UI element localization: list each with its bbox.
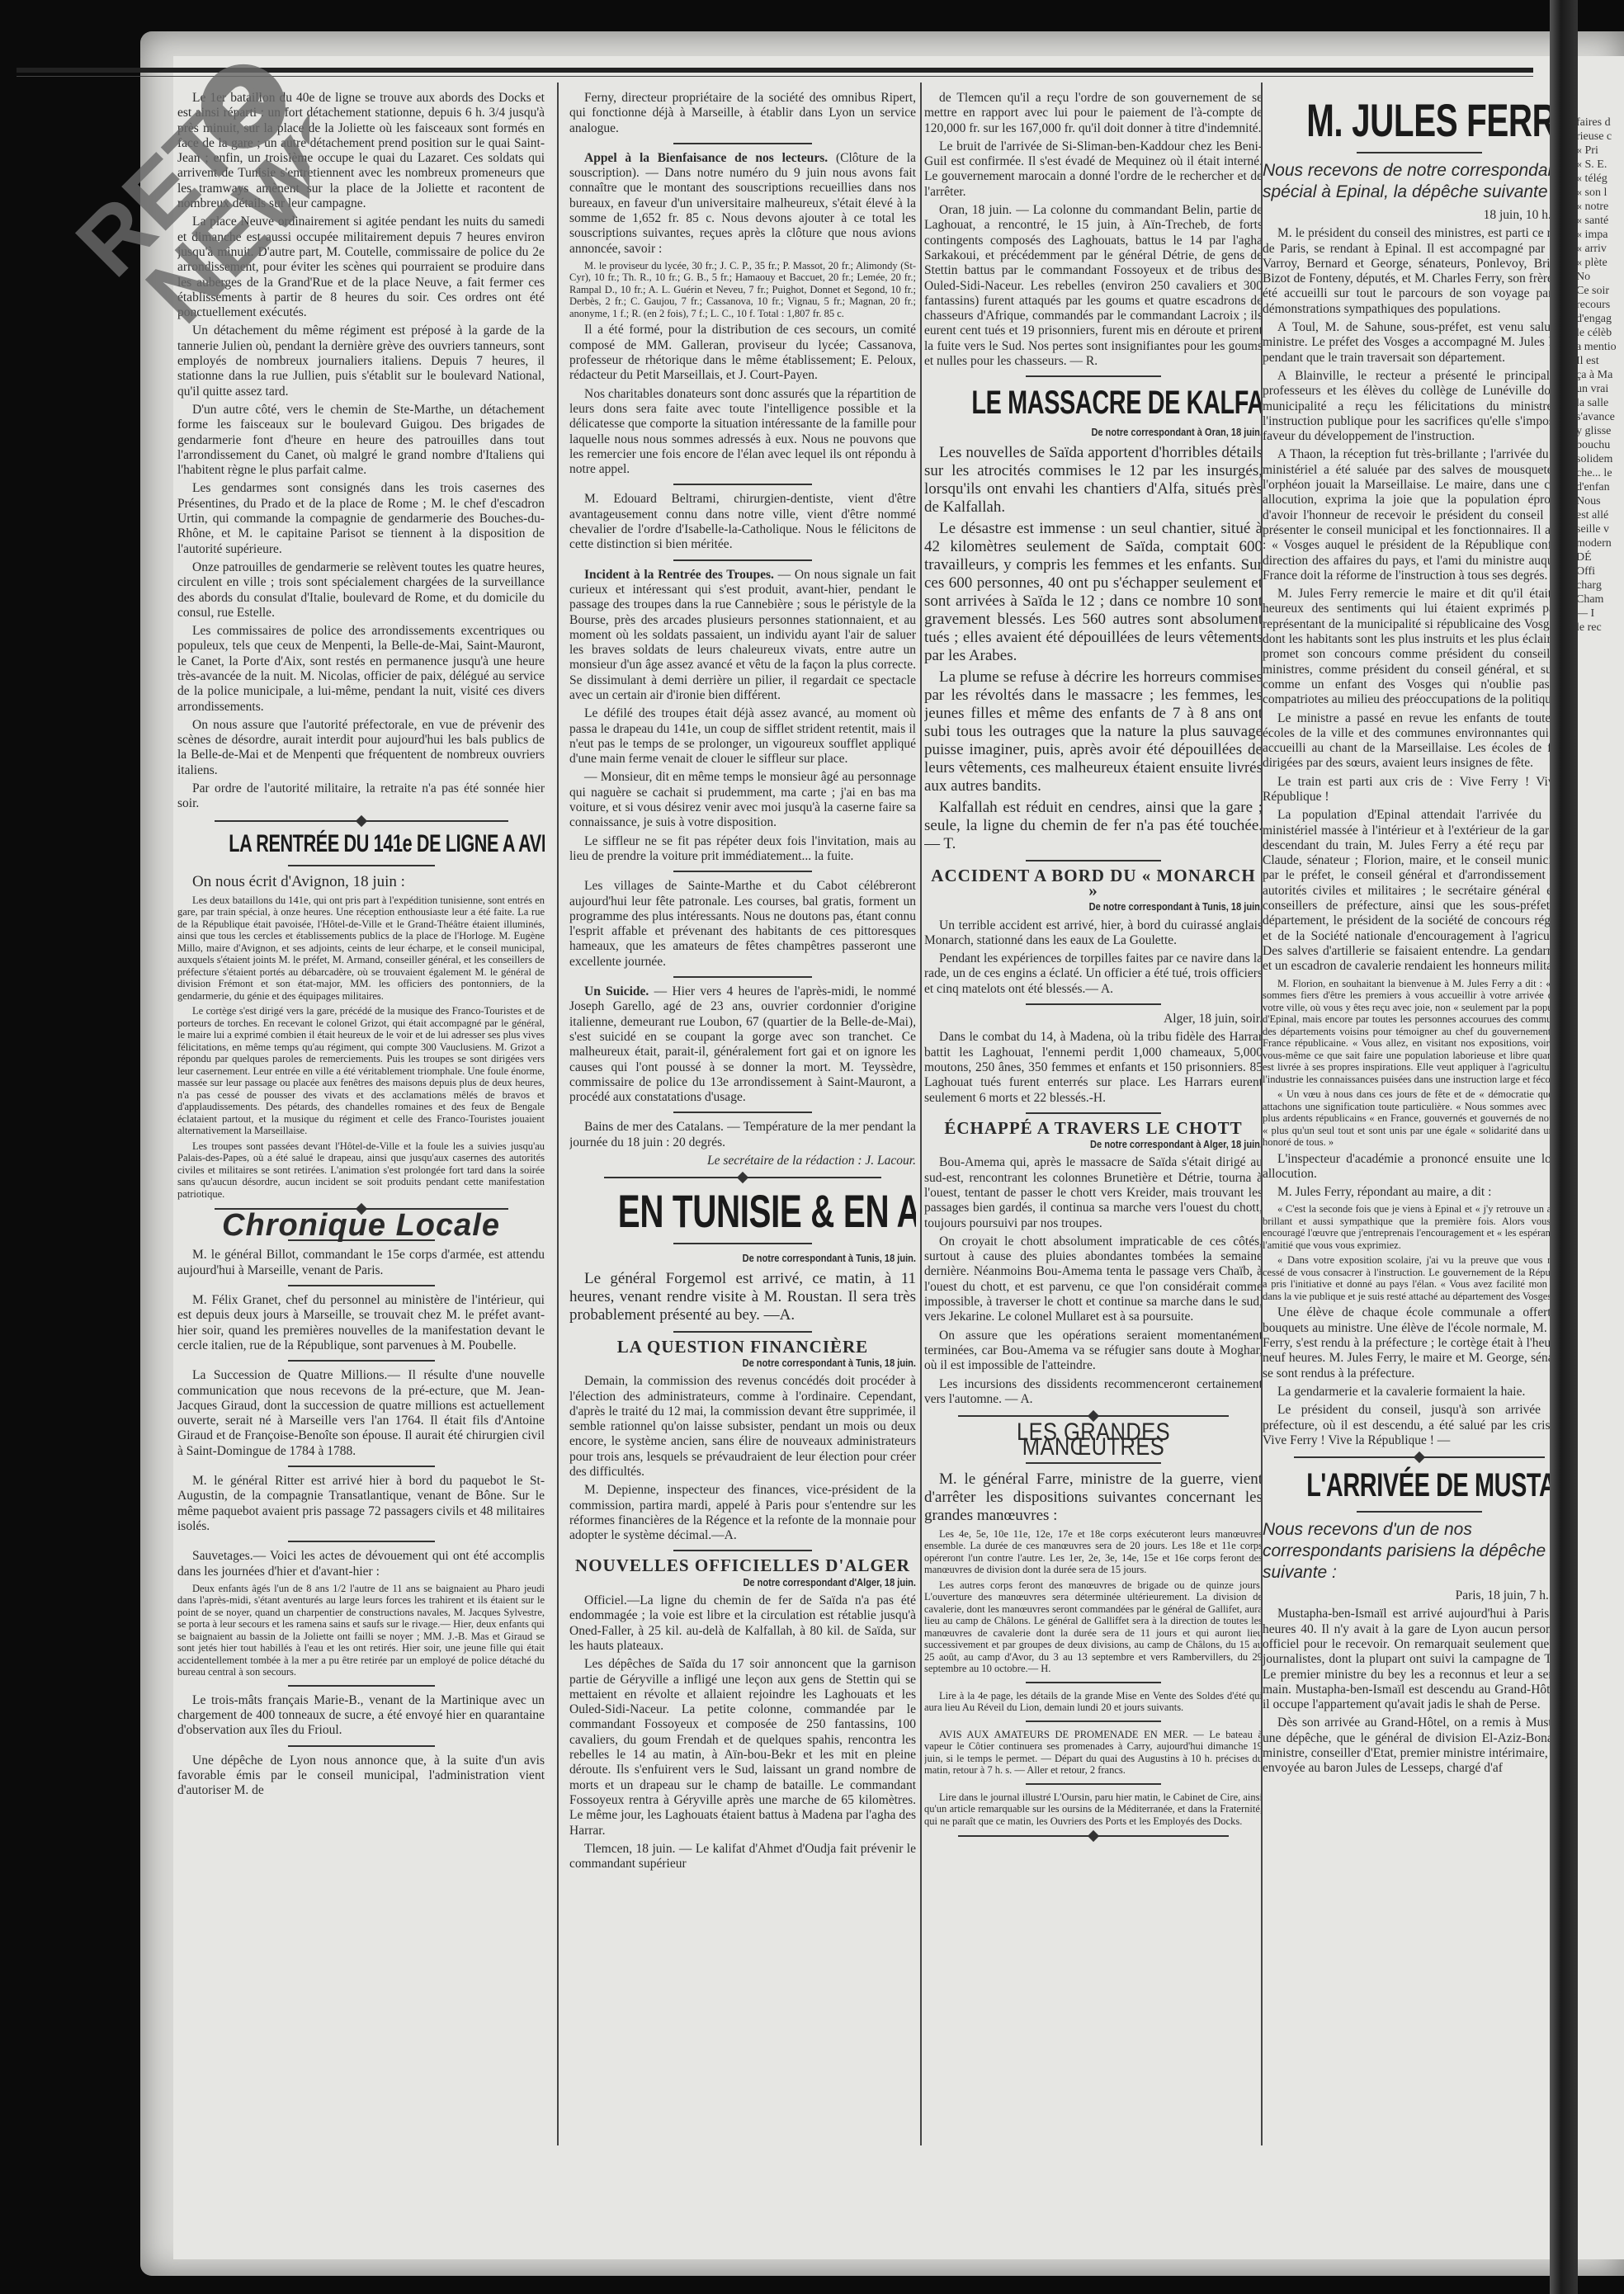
fragment-line: modern (1576, 536, 1624, 550)
paragraph: Un Suicide. — Hier vers 4 heures de l'ap… (569, 984, 916, 1105)
fragment-line: charg (1576, 578, 1624, 592)
fragment-line: « S. E. (1576, 158, 1624, 172)
paragraph: « C'est la seconde fois que je viens à E… (1263, 1203, 1576, 1251)
paragraph: M. Depienne, inspecteur des finances, vi… (569, 1483, 916, 1543)
fragment-line: rieuse c (1576, 130, 1624, 144)
signature: Le secrétaire de la rédaction : J. Lacou… (569, 1154, 916, 1168)
rule (1026, 1462, 1161, 1464)
paragraph: Une dépêche de Lyon nous annonce que, à … (177, 1754, 545, 1799)
column-2: Ferny, directeur propriétaire de la soci… (569, 91, 916, 2154)
fragment-line: No (1576, 270, 1624, 284)
fragment-line: est allé (1576, 508, 1624, 522)
rule (288, 865, 435, 866)
paragraph: M. le général Billot, commandant le 15e … (177, 1248, 545, 1278)
paragraph: Les villages de Sainte-Marthe et du Cabo… (569, 879, 916, 970)
fragment-line: seille v (1576, 522, 1624, 536)
paragraph: On assure que les opérations seraient mo… (924, 1329, 1263, 1374)
paragraph: On nous assure que l'autorité préfectora… (177, 718, 545, 778)
paragraph: Appel à la Bienfaisance de nos lecteurs.… (569, 151, 916, 257)
rule (673, 976, 812, 978)
rule (673, 1550, 812, 1551)
paragraph: Les incursions des dissidents recommence… (924, 1377, 1263, 1408)
paragraph: Une élève de chaque école communale a of… (1263, 1305, 1576, 1381)
section-divider (215, 820, 508, 822)
fragment-line: y glisse (1576, 424, 1624, 438)
paragraph: Kalfallah est réduit en cendres, ainsi q… (924, 799, 1263, 853)
fragment-line: Cham (1576, 592, 1624, 607)
paragraph: Incident à la Rentrée des Troupes. — On … (569, 568, 916, 704)
headline-arrivee-mustapha: L'ARRIVÉE DE MUSTAPHA A PARIS (1306, 1466, 1532, 1504)
headline-nouvelles-officielles: NOUVELLES OFFICIELLES D'ALGER (569, 1558, 916, 1573)
rule (673, 1112, 812, 1113)
fragment-line: Offi (1576, 564, 1624, 578)
rule (673, 559, 812, 561)
paragraph: Par ordre de l'autorité militaire, la re… (177, 781, 545, 812)
paragraph: M. Félix Granet, chef du personnel au mi… (177, 1293, 545, 1353)
byline: De notre correspondant à Tunis, 18 juin. (975, 899, 1263, 914)
rule (288, 1285, 435, 1286)
paragraph: Les autres corps feront des manœuvres de… (924, 1579, 1263, 1675)
fragment-line: d'engag (1576, 312, 1624, 326)
text: (Clôture de la souscription). — Dans not… (569, 151, 916, 256)
paragraph: A Toul, M. de Sahune, sous-préfet, est v… (1263, 320, 1576, 366)
subscription-list: M. le proviseur du lycée, 30 fr.; J. C. … (569, 260, 916, 320)
headline-accident-monarch: ACCIDENT A BORD DU « MONARCH » (924, 868, 1263, 899)
rule (1026, 860, 1161, 861)
paragraph: Le trois-mâts français Marie-B., venant … (177, 1693, 545, 1739)
fragment-line: ça à Ma (1576, 368, 1624, 382)
paragraph: Les 4e, 5e, 10e 11e, 12e, 17e et 18e cor… (924, 1528, 1263, 1576)
paragraph: Deux enfants âgés l'un de 8 ans 1/2 l'au… (177, 1583, 545, 1678)
fragment-line: a mentio (1576, 340, 1624, 354)
dateline: Alger, 18 juin, soir. (924, 1012, 1263, 1027)
paragraph: M. Jules Ferry, répondant au maire, a di… (1263, 1185, 1576, 1200)
paragraph: M. le général Ritter est arrivé hier à b… (177, 1474, 545, 1534)
intro-avignon: On nous écrit d'Avignon, 18 juin : (177, 873, 545, 891)
run-in-title: Un Suicide. (584, 984, 649, 998)
paragraph: Le cortège s'est dirigé vers la gare, pr… (177, 1005, 545, 1137)
fragment-line: le célèb (1576, 326, 1624, 340)
paragraph: — Monsieur, dit en même temps le monsieu… (569, 770, 916, 830)
byline: De notre correspondant d'Alger, 18 juin. (621, 1575, 916, 1590)
paragraph: Le défilé des troupes était déjà assez a… (569, 706, 916, 767)
paragraph: Le train est parti aux cris de : Vive Fe… (1263, 775, 1576, 805)
section-divider (1294, 1456, 1545, 1458)
paragraph: Nos charitables donateurs sont donc assu… (569, 387, 916, 478)
rule (1357, 152, 1482, 153)
column-separator (920, 83, 922, 2145)
paragraph: Onze patrouilles de gendarmerie se relèv… (177, 560, 545, 621)
paragraph: de Tlemcen qu'il a reçu l'ordre de son g… (924, 91, 1263, 136)
fragment-line: le rec (1576, 621, 1624, 635)
paragraph: D'un autre côté, vers le chemin de Ste-M… (177, 403, 545, 478)
rule (673, 143, 812, 144)
paragraph: Le général Forgemol est arrivé, ce matin… (569, 1270, 916, 1324)
rule (288, 1360, 435, 1362)
fragment-line: « son l (1576, 186, 1624, 200)
headline-echappe-chott: ÉCHAPPÉ A TRAVERS LE CHOTT (924, 1121, 1263, 1135)
rule (673, 484, 812, 485)
paragraph: On croyait le chott absolument impratica… (924, 1234, 1263, 1325)
headline-tunisie-algerie: EN TUNISIE & EN ALGÉRIE (618, 1187, 867, 1236)
fragment-line: un vrai (1576, 382, 1624, 396)
fragment-line: Nous (1576, 494, 1624, 508)
paragraph: L'inspecteur d'académie a prononcé ensui… (1263, 1152, 1576, 1182)
paragraph: Les commissaires de police des arrondiss… (177, 624, 545, 715)
column-separator (557, 83, 559, 2145)
byline: De notre correspondant à Alger, 18 juin. (975, 1137, 1263, 1152)
notice: Lire à la 4e page, les détails de la gra… (924, 1690, 1263, 1714)
rule (1026, 1783, 1161, 1785)
paragraph: Dès son arrivée au Grand-Hôtel, on a rem… (1263, 1716, 1576, 1776)
rule (288, 1685, 435, 1687)
fragment-line: « santé (1576, 214, 1624, 228)
paragraph: « Dans votre exposition scolaire, j'ai v… (1263, 1254, 1576, 1302)
text: — On nous signale un fait curieux et int… (569, 568, 916, 702)
headline-chronique-locale: Chronique Locale (177, 1218, 545, 1233)
fragment-line: faires d (1576, 116, 1624, 130)
byline: De notre correspondant à Tunis, 18 juin. (621, 1251, 916, 1266)
rule (1026, 1003, 1161, 1005)
dateline: 18 juin, 10 h. soir. (1263, 208, 1576, 223)
column-4: M. JULES FERRY A ÉPINAL Nous recevons de… (1263, 91, 1576, 2154)
dateline: Paris, 18 juin, 7 h. 55 s. (1263, 1588, 1576, 1603)
fragment-line: la salle (1576, 396, 1624, 410)
rule (288, 1745, 435, 1747)
notice: AVIS AUX AMATEURS DE PROMENADE EN MER. —… (924, 1729, 1263, 1777)
section-divider (958, 1415, 1229, 1417)
paragraph: Un terrible accident est arrivé, hier, à… (924, 918, 1263, 949)
paragraph: Mustapha-ben-Ismaïl est arrivé aujourd'h… (1263, 1607, 1576, 1712)
paragraph: Pendant les expériences de torpilles fai… (924, 951, 1263, 997)
paragraph: Les gendarmes sont consignés dans les tr… (177, 481, 545, 556)
run-in-title: Incident à la Rentrée des Troupes. (584, 568, 774, 582)
fragment-line: « arriv (1576, 242, 1624, 256)
paragraph: M. Jules Ferry remercie le maire et dit … (1263, 587, 1576, 707)
paragraph: Bou-Amema qui, après le massacre de Saïd… (924, 1155, 1263, 1230)
top-rule-thin (17, 76, 1533, 77)
paragraph: Un détachement du même régiment est prép… (177, 323, 545, 399)
paragraph: Le siffleur ne se fit pas répéter deux f… (569, 834, 916, 865)
rule (1026, 375, 1161, 377)
paragraph: M. le général Farre, ministre de la guer… (924, 1470, 1263, 1525)
fragment-line: che... le (1576, 466, 1624, 480)
paragraph: Les deux bataillons du 141e, qui ont pri… (177, 894, 545, 1003)
rule (673, 871, 812, 872)
run-in-title: Appel à la Bienfaisance de nos lecteurs. (584, 151, 828, 165)
rule (1026, 1720, 1161, 1722)
headline-massacre-kalfallah: LE MASSACRE DE KALFALLAH (971, 384, 1215, 422)
paragraph: Le président du conseil, jusqu'à son arr… (1263, 1403, 1576, 1448)
text: — Hier vers 4 heures de l'après-midi, le… (569, 984, 916, 1104)
headline-question-financiere: LA QUESTION FINANCIÈRE (569, 1339, 916, 1354)
paragraph: Tlemcen, 18 juin. — Le kalifat d'Ahmet d… (569, 1842, 916, 1872)
paragraph: Il a été formé, pour la distribution de … (569, 323, 916, 383)
fragment-line: « plète (1576, 256, 1624, 270)
section-divider (958, 1835, 1229, 1837)
fragment-line: DÉ (1576, 550, 1624, 564)
paragraph: A Thaon, la réception fut très-brillante… (1263, 447, 1576, 583)
fragment-line: « télég (1576, 172, 1624, 186)
rule (1357, 1511, 1482, 1513)
headline-jules-ferry-epinal: M. JULES FERRY A ÉPINAL (1306, 96, 1532, 145)
next-page-fragment: faires drieuse c« Pri« S. E.« télég« son… (1576, 116, 1624, 2178)
intro-mustapha: Nous recevons d'un de nos correspondants… (1263, 1519, 1576, 1584)
fragment-line: bouchu (1576, 438, 1624, 452)
paragraph: « Un vœu à nous dans ces jours de fête e… (1263, 1088, 1576, 1149)
section-divider (604, 1177, 881, 1178)
fragment-line: s'avance (1576, 410, 1624, 424)
rule (673, 1331, 812, 1333)
paragraph: Les troupes sont passées devant l'Hôtel-… (177, 1140, 545, 1201)
paragraph: M. Edouard Beltrami, chirurgien-dentiste… (569, 492, 916, 552)
fragment-line: d'enfan (1576, 480, 1624, 494)
headline-grandes-manoeuvres: LES GRANDES MANŒUTRES (950, 1425, 1238, 1456)
fragment-line: « impa (1576, 228, 1624, 242)
paragraph: Sauvetages.— Voici les actes de dévoueme… (177, 1549, 545, 1579)
intro-ferry: Nous recevons de notre correspondant spé… (1263, 160, 1576, 203)
paragraph: Le ministre a passé en revue les enfants… (1263, 711, 1576, 772)
paragraph: Le 1er bataillon du 40e de ligne se trou… (177, 91, 545, 211)
paragraph: La Succession de Quatre Millions.— Il ré… (177, 1368, 545, 1459)
paragraph: Dans le combat du 14, à Madena, où la tr… (924, 1030, 1263, 1105)
paragraph: M. Florion, en souhaitant la bienvenue à… (1263, 978, 1576, 1086)
headline-avignon: LA RENTRÉE DU 141e DE LIGNE A AVIGNON (229, 830, 493, 858)
rule (288, 1541, 435, 1542)
rule (673, 1243, 812, 1244)
paragraph: Les dépêches de Saïda du 17 soir annonce… (569, 1657, 916, 1839)
fragment-line: « Pri (1576, 144, 1624, 158)
paragraph: M. le président du conseil des ministres… (1263, 226, 1576, 317)
notice: Lire dans le journal illustré L'Oursin, … (924, 1791, 1263, 1828)
paragraph: Oran, 18 juin. — La colonne du commandan… (924, 203, 1263, 369)
section-divider (215, 1208, 508, 1210)
paragraph: Les nouvelles de Saïda apportent d'horri… (924, 444, 1263, 517)
column-3: de Tlemcen qu'il a reçu l'ordre de son g… (924, 91, 1263, 2154)
paragraph: La plume se refuse à décrire les horreur… (924, 668, 1263, 795)
fragment-line: recours (1576, 298, 1624, 312)
rule (288, 1466, 435, 1467)
fragment-line: — I (1576, 607, 1624, 621)
paragraph: A Blainville, le recteur a présenté le p… (1263, 369, 1576, 444)
paragraph: Ferny, directeur propriétaire de la soci… (569, 91, 916, 136)
fragment-line: solidem (1576, 452, 1624, 466)
paragraph: Bains de mer des Catalans. — Température… (569, 1120, 916, 1150)
paragraph: La population d'Epinal attendait l'arriv… (1263, 808, 1576, 974)
rule (1026, 1112, 1161, 1114)
byline: De notre correspondant à Oran, 18 juin. (975, 425, 1263, 440)
paragraph: La place Neuve ordinairement si agitée p… (177, 215, 545, 320)
paragraph: Demain, la commission des revenus concéd… (569, 1374, 916, 1480)
paragraph: La gendarmerie et la cavalerie formaient… (1263, 1385, 1576, 1400)
fragment-line: Ce soir (1576, 284, 1624, 298)
page-gutter (1550, 0, 1578, 2294)
fragment-line: Il est (1576, 354, 1624, 368)
top-rule (17, 68, 1533, 73)
paragraph: Officiel.—La ligne du chemin de fer de S… (569, 1593, 916, 1654)
paragraph: Le désastre est immense : un seul chanti… (924, 520, 1263, 665)
byline: De notre correspondant à Tunis, 18 juin. (621, 1356, 916, 1371)
fragment-line: « notre (1576, 200, 1624, 214)
column-1: Le 1er bataillon du 40e de ligne se trou… (177, 91, 545, 2154)
rule (1026, 1682, 1161, 1683)
paragraph: Le bruit de l'arrivée de Si-Sliman-ben-K… (924, 139, 1263, 200)
